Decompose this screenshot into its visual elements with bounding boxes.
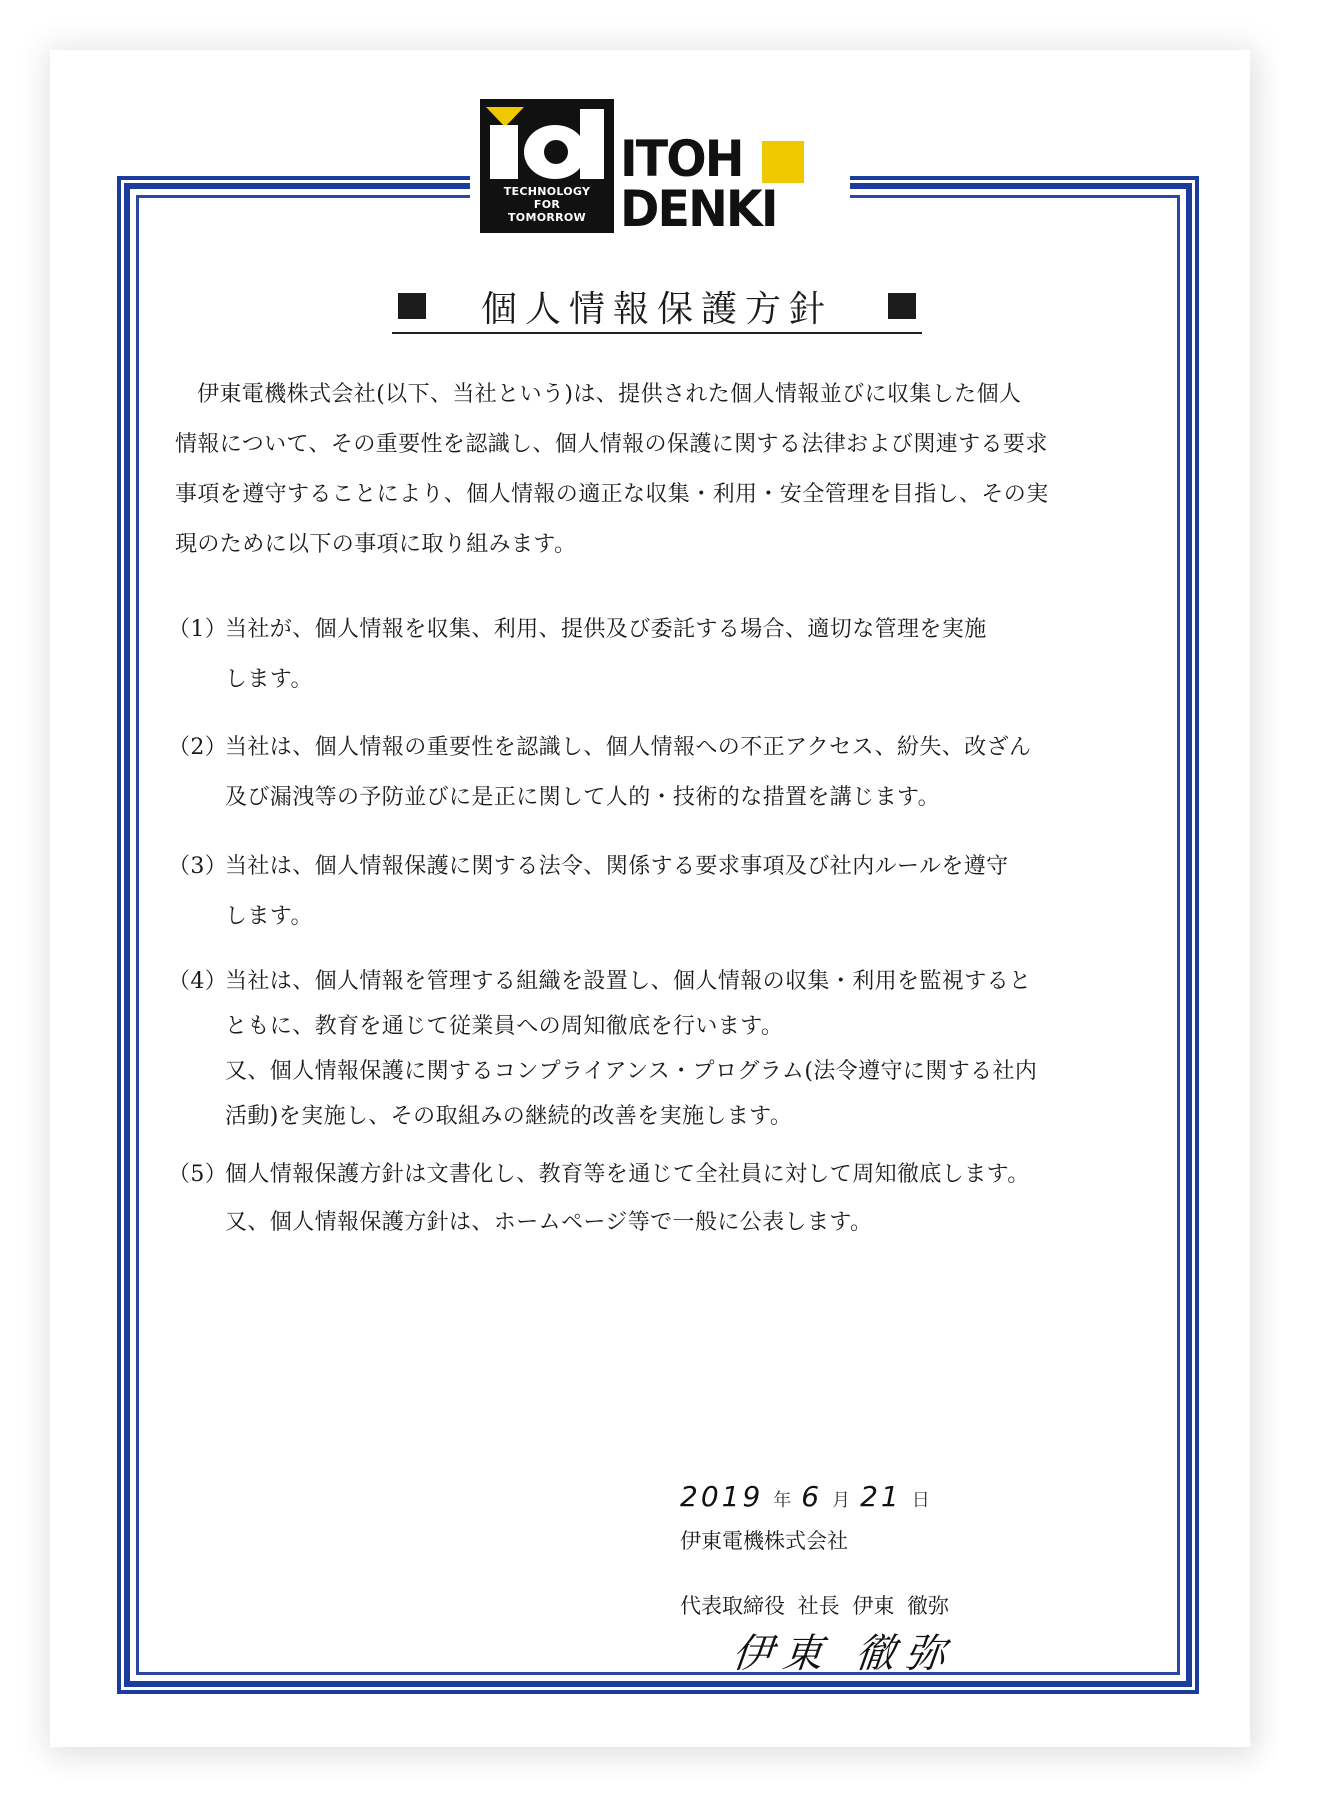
representative-title: 代表取締役 社長 伊東 徹弥 xyxy=(680,1590,949,1620)
date-day: 21 xyxy=(860,1480,902,1513)
item-line: します。 xyxy=(225,655,1175,705)
page-title: 個人情報保護方針 xyxy=(392,280,922,334)
company-name: 伊東電機株式会社 xyxy=(680,1525,848,1555)
date-day-unit: 日 xyxy=(912,1486,930,1512)
item-number: （3） xyxy=(168,842,228,892)
document-page: TECHNOLOGY FOR TOMORROW ITOH DENKI 個人情報保… xyxy=(50,50,1250,1747)
logo-wordmark-itoh: ITOH xyxy=(620,135,743,183)
item-line: 当社が、個人情報を収集、利用、提供及び委託する場合、適切な管理を実施 xyxy=(225,605,1175,655)
item-line: します。 xyxy=(225,892,1175,942)
yellow-square-icon xyxy=(762,141,804,183)
item-number: （2） xyxy=(168,723,228,773)
logo-letter-d xyxy=(524,109,606,179)
item-line: 当社は、個人情報を管理する組織を設置し、個人情報の収集・利用を監視すると xyxy=(225,959,1175,1004)
intro-line: 事項を遵守することにより、個人情報の適正な収集・利用・安全管理を目指し、その実 xyxy=(175,470,1155,520)
item-line: 当社は、個人情報保護に関する法令、関係する要求事項及び社内ルールを遵守 xyxy=(225,842,1175,892)
company-logo: TECHNOLOGY FOR TOMORROW ITOH DENKI xyxy=(470,99,850,233)
logo-tagline-line: FOR xyxy=(480,198,614,211)
page-title-text: 個人情報保護方針 xyxy=(481,281,833,332)
date-year-unit: 年 xyxy=(773,1486,791,1512)
black-square-icon xyxy=(398,293,426,319)
intro-paragraph: 伊東電機株式会社(以下、当社という)は、提供された個人情報並びに収集した個人 情… xyxy=(175,370,1155,570)
logo-wordmark-denki: DENKI xyxy=(620,185,777,233)
item-number: （1） xyxy=(168,605,228,655)
item-line: 当社は、個人情報の重要性を認識し、個人情報への不正アクセス、紛失、改ざん xyxy=(225,723,1175,773)
item-number: （4） xyxy=(168,959,228,1004)
black-square-icon xyxy=(888,293,916,319)
id-logo-mark: TECHNOLOGY FOR TOMORROW xyxy=(480,99,614,233)
intro-line: 伊東電機株式会社(以下、当社という)は、提供された個人情報並びに収集した個人 xyxy=(175,370,1155,420)
issue-date: 2019 年 6 月 21 日 xyxy=(680,1480,930,1513)
item-line: 個人情報保護方針は文書化し、教育等を通じて全社員に対して周知徹底します。 xyxy=(225,1151,1175,1199)
date-month-unit: 月 xyxy=(832,1486,850,1512)
yellow-triangle-icon xyxy=(486,107,524,127)
date-year: 2019 xyxy=(680,1480,763,1513)
item-line: 又、個人情報保護方針は、ホームページ等で一般に公表します。 xyxy=(225,1199,1175,1247)
item-line: 又、個人情報保護に関するコンプライアンス・プログラム(法令遵守に関する社内 xyxy=(225,1049,1175,1094)
item-number: （5） xyxy=(168,1151,228,1199)
item-line: 及び漏洩等の予防並びに是正に関して人的・技術的な措置を講じます。 xyxy=(225,773,1175,823)
item-line: ともに、教育を通じて従業員への周知徹底を行います。 xyxy=(225,1004,1175,1049)
logo-tagline-line: TECHNOLOGY xyxy=(480,185,614,198)
intro-line: 情報について、その重要性を認識し、個人情報の保護に関する法律および関連する要求 xyxy=(175,420,1155,470)
logo-tagline-line: TOMORROW xyxy=(480,211,614,224)
intro-line: 現のために以下の事項に取り組みます。 xyxy=(175,520,1155,570)
handwritten-signature: 伊東 徹弥 xyxy=(730,1622,959,1679)
item-line: 活動)を実施し、その取組みの継続的改善を実施します。 xyxy=(225,1094,1175,1139)
logo-tagline: TECHNOLOGY FOR TOMORROW xyxy=(480,185,614,224)
logo-letter-i xyxy=(490,125,518,179)
date-month: 6 xyxy=(801,1480,822,1513)
